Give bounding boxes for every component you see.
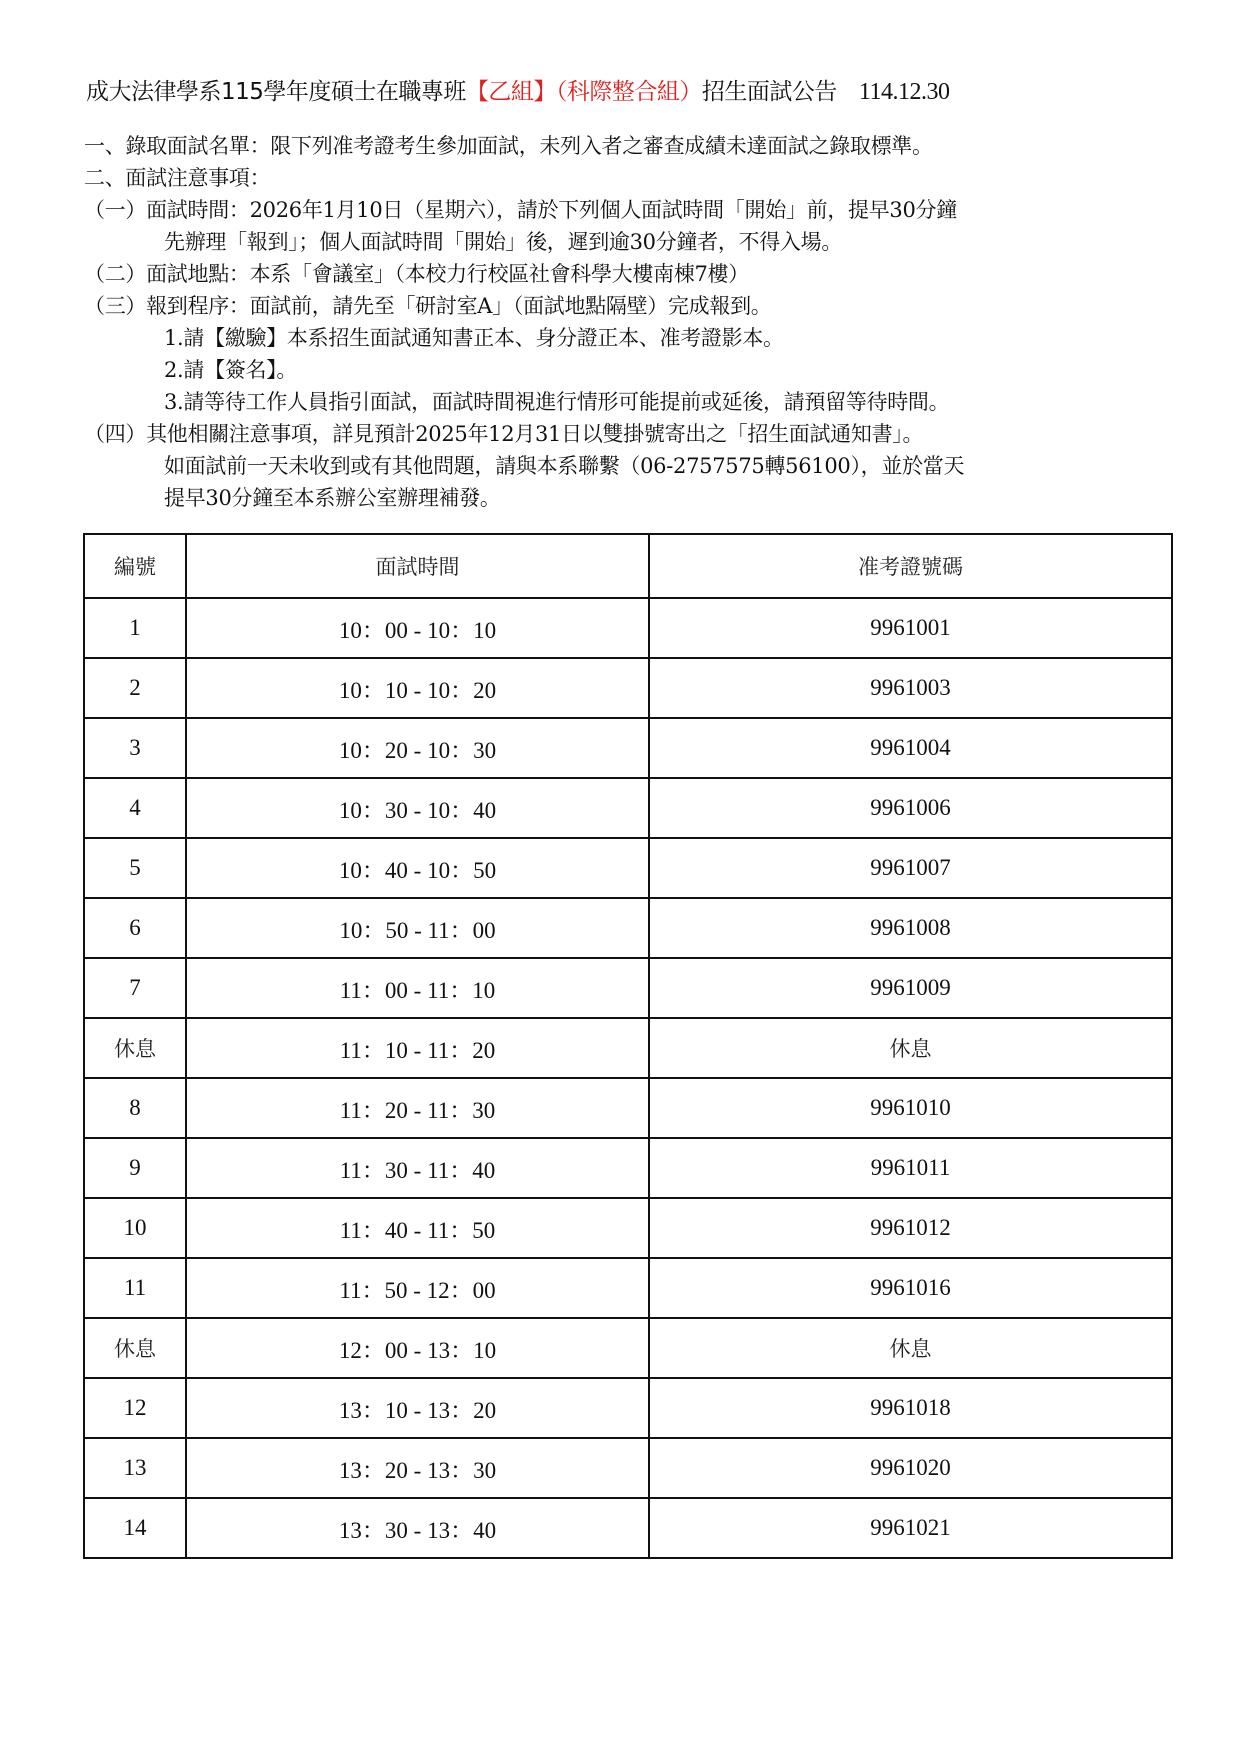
row-number: 3 (84, 718, 186, 778)
row-time: 10：10 - 10：20 (186, 658, 649, 718)
row-ticket: 9961007 (649, 838, 1172, 898)
row-number: 9 (84, 1138, 186, 1198)
table-row: 2 10：10 - 10：20 9961003 (84, 658, 1172, 718)
row-number: 14 (84, 1498, 186, 1558)
table-row: 12 13：10 - 13：20 9961018 (84, 1378, 1172, 1438)
row-time: 11：10 - 11：20 (186, 1018, 649, 1078)
header-admission-ticket: 准考證號碼 (649, 534, 1172, 598)
table-row: 9 11：30 - 11：40 9961011 (84, 1138, 1172, 1198)
row-time: 11：20 - 11：30 (186, 1078, 649, 1138)
note-1-time-cont: 先辦理「報到」；個人面試時間「開始」後，遲到逾30分鐘者，不得入場。 (84, 226, 964, 258)
row-ticket: 9961003 (649, 658, 1172, 718)
table-row: 13 13：20 - 13：30 9961020 (84, 1438, 1172, 1498)
row-time: 10：40 - 10：50 (186, 838, 649, 898)
row-break-label: 休息 (649, 1318, 1172, 1378)
table-row: 11 11：50 - 12：00 9961016 (84, 1258, 1172, 1318)
table-row: 5 10：40 - 10：50 9961007 (84, 838, 1172, 898)
row-number: 7 (84, 958, 186, 1018)
row-number: 2 (84, 658, 186, 718)
title-announcement: 招生面試公告 (702, 79, 837, 105)
row-ticket: 9961012 (649, 1198, 1172, 1258)
row-number: 11 (84, 1258, 186, 1318)
row-number: 8 (84, 1078, 186, 1138)
row-time: 11：00 - 11：10 (186, 958, 649, 1018)
row-time: 13：30 - 13：40 (186, 1498, 649, 1558)
row-ticket: 9961018 (649, 1378, 1172, 1438)
header-interview-time: 面試時間 (186, 534, 649, 598)
row-ticket: 9961011 (649, 1138, 1172, 1198)
table-row: 10 11：40 - 11：50 9961012 (84, 1198, 1172, 1258)
section-notes-heading: 二、面試注意事項： (84, 162, 964, 194)
row-ticket: 9961021 (649, 1498, 1172, 1558)
row-time: 10：50 - 11：00 (186, 898, 649, 958)
row-number: 4 (84, 778, 186, 838)
note-3-step-3: 3.請等待工作人員指引面試，面試時間視進行情形可能提前或延後，請預留等待時間。 (84, 386, 964, 418)
row-ticket: 9961009 (649, 958, 1172, 1018)
note-4-reissue: 提早30分鐘至本系辦公室辦理補發。 (84, 482, 964, 514)
row-number: 12 (84, 1378, 186, 1438)
document-page: 成大法律學系115學年度碩士在職專班【乙組】（科際整合組）招生面試公告114.1… (0, 0, 1240, 1755)
page-title: 成大法律學系115學年度碩士在職專班【乙組】（科際整合組）招生面試公告114.1… (86, 76, 950, 108)
row-number: 6 (84, 898, 186, 958)
table-row: 14 13：30 - 13：40 9961021 (84, 1498, 1172, 1558)
table-row: 4 10：30 - 10：40 9961006 (84, 778, 1172, 838)
table-row-break: 休息 12：00 - 13：10 休息 (84, 1318, 1172, 1378)
row-time: 11：50 - 12：00 (186, 1258, 649, 1318)
table-row: 6 10：50 - 11：00 9961008 (84, 898, 1172, 958)
row-break-label: 休息 (84, 1018, 186, 1078)
row-time: 10：30 - 10：40 (186, 778, 649, 838)
row-time: 10：00 - 10：10 (186, 598, 649, 658)
row-time: 10：20 - 10：30 (186, 718, 649, 778)
row-number: 1 (84, 598, 186, 658)
note-3-step-2: 2.請【簽名】。 (84, 354, 964, 386)
section-admission-list: 一、錄取面試名單：限下列准考證考生參加面試，未列入者之審查成績未達面試之錄取標準… (84, 130, 964, 162)
row-ticket: 9961010 (649, 1078, 1172, 1138)
notice-body: 一、錄取面試名單：限下列准考證考生參加面試，未列入者之審查成績未達面試之錄取標準… (84, 130, 964, 514)
row-time: 13：10 - 13：20 (186, 1378, 649, 1438)
note-3-checkin: （三）報到程序：面試前，請先至「研討室A」（面試地點隔壁）完成報到。 (84, 290, 964, 322)
row-ticket: 9961001 (649, 598, 1172, 658)
row-number: 5 (84, 838, 186, 898)
note-3-step-1: 1.請【繳驗】本系招生面試通知書正本、身分證正本、准考證影本。 (84, 322, 964, 354)
row-time: 13：20 - 13：30 (186, 1438, 649, 1498)
row-break-label: 休息 (84, 1318, 186, 1378)
row-ticket: 9961016 (649, 1258, 1172, 1318)
row-ticket: 9961020 (649, 1438, 1172, 1498)
row-ticket: 9961006 (649, 778, 1172, 838)
title-group-highlight: 【乙組】（科際整合組） (466, 79, 702, 105)
note-4-contact: 如面試前一天未收到或有其他問題，請與本系聯繫（06-2757575轉56100）… (84, 450, 964, 482)
header-number: 編號 (84, 534, 186, 598)
note-1-time: （一）面試時間：2026年1月10日（星期六），請於下列個人面試時間「開始」前，… (84, 194, 964, 226)
table-row: 8 11：20 - 11：30 9961010 (84, 1078, 1172, 1138)
row-time: 11：30 - 11：40 (186, 1138, 649, 1198)
note-2-location: （二）面試地點：本系「會議室」（本校力行校區社會科學大樓南棟7樓） (84, 258, 964, 290)
title-date: 114.12.30 (859, 79, 950, 105)
row-break-label: 休息 (649, 1018, 1172, 1078)
row-time: 11：40 - 11：50 (186, 1198, 649, 1258)
note-4-other: （四）其他相關注意事項，詳見預計2025年12月31日以雙掛號寄出之「招生面試通… (84, 418, 964, 450)
title-main: 成大法律學系115學年度碩士在職專班 (86, 79, 466, 105)
row-number: 13 (84, 1438, 186, 1498)
table-header-row: 編號 面試時間 准考證號碼 (84, 534, 1172, 598)
table-row-break: 休息 11：10 - 11：20 休息 (84, 1018, 1172, 1078)
row-ticket: 9961004 (649, 718, 1172, 778)
table-row: 3 10：20 - 10：30 9961004 (84, 718, 1172, 778)
interview-schedule-table: 編號 面試時間 准考證號碼 1 10：00 - 10：10 9961001 2 … (83, 533, 1173, 1559)
table-row: 1 10：00 - 10：10 9961001 (84, 598, 1172, 658)
row-number: 10 (84, 1198, 186, 1258)
row-ticket: 9961008 (649, 898, 1172, 958)
table-row: 7 11：00 - 11：10 9961009 (84, 958, 1172, 1018)
row-time: 12：00 - 13：10 (186, 1318, 649, 1378)
